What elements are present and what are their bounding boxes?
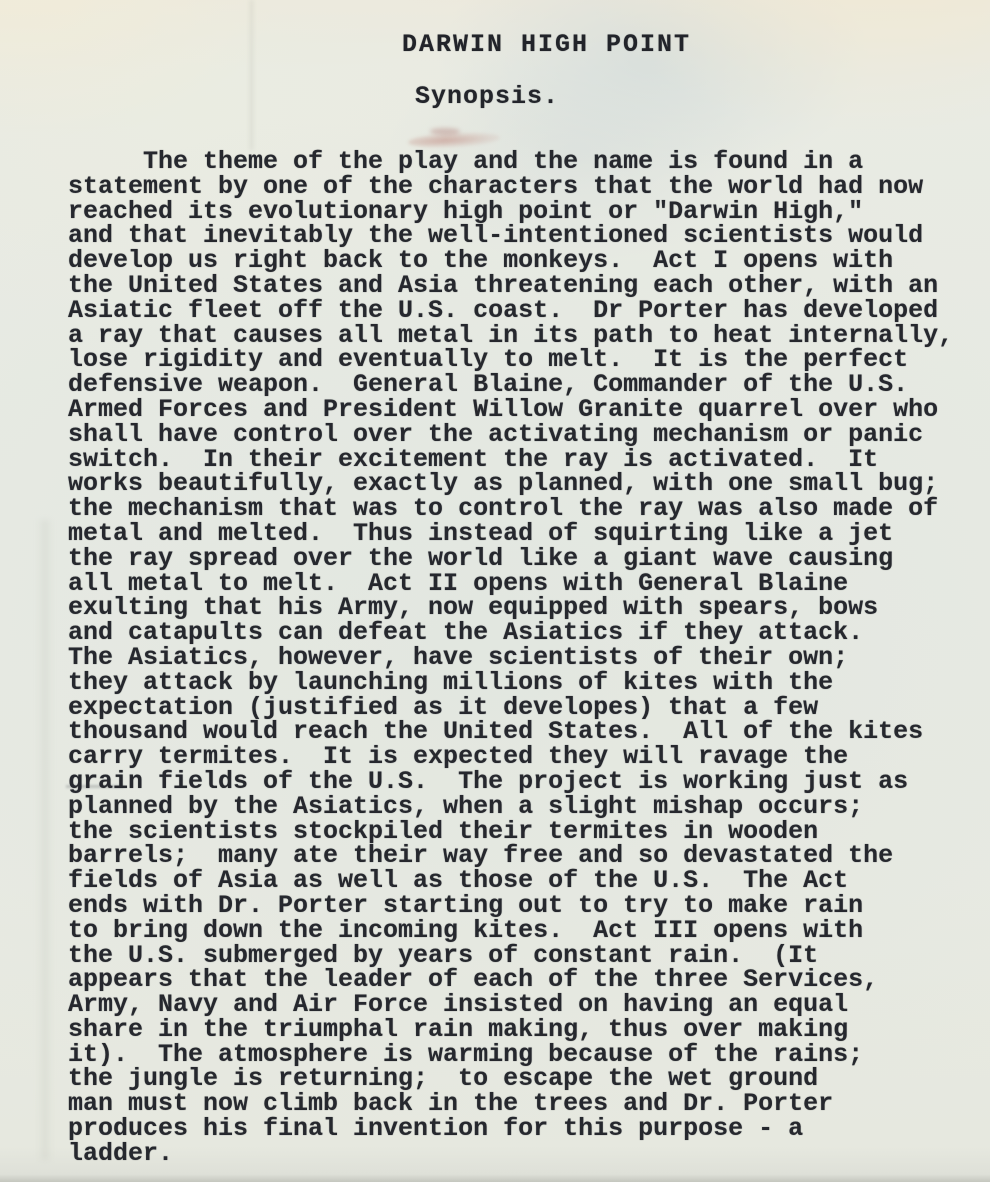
page-subtitle: Synopsis. <box>415 82 559 111</box>
synopsis-body-text: The theme of the play and the name is fo… <box>68 150 978 1167</box>
paper-crease <box>250 0 253 150</box>
ink-smudge-stain-small <box>430 128 460 135</box>
page-title: DARWIN HIGH POINT <box>402 30 691 59</box>
typewritten-page: DARWIN HIGH POINT Synopsis. The theme of… <box>0 0 990 1182</box>
paper-fold-shadow <box>38 520 52 1160</box>
scan-bottom-edge-shadow <box>0 1174 990 1182</box>
